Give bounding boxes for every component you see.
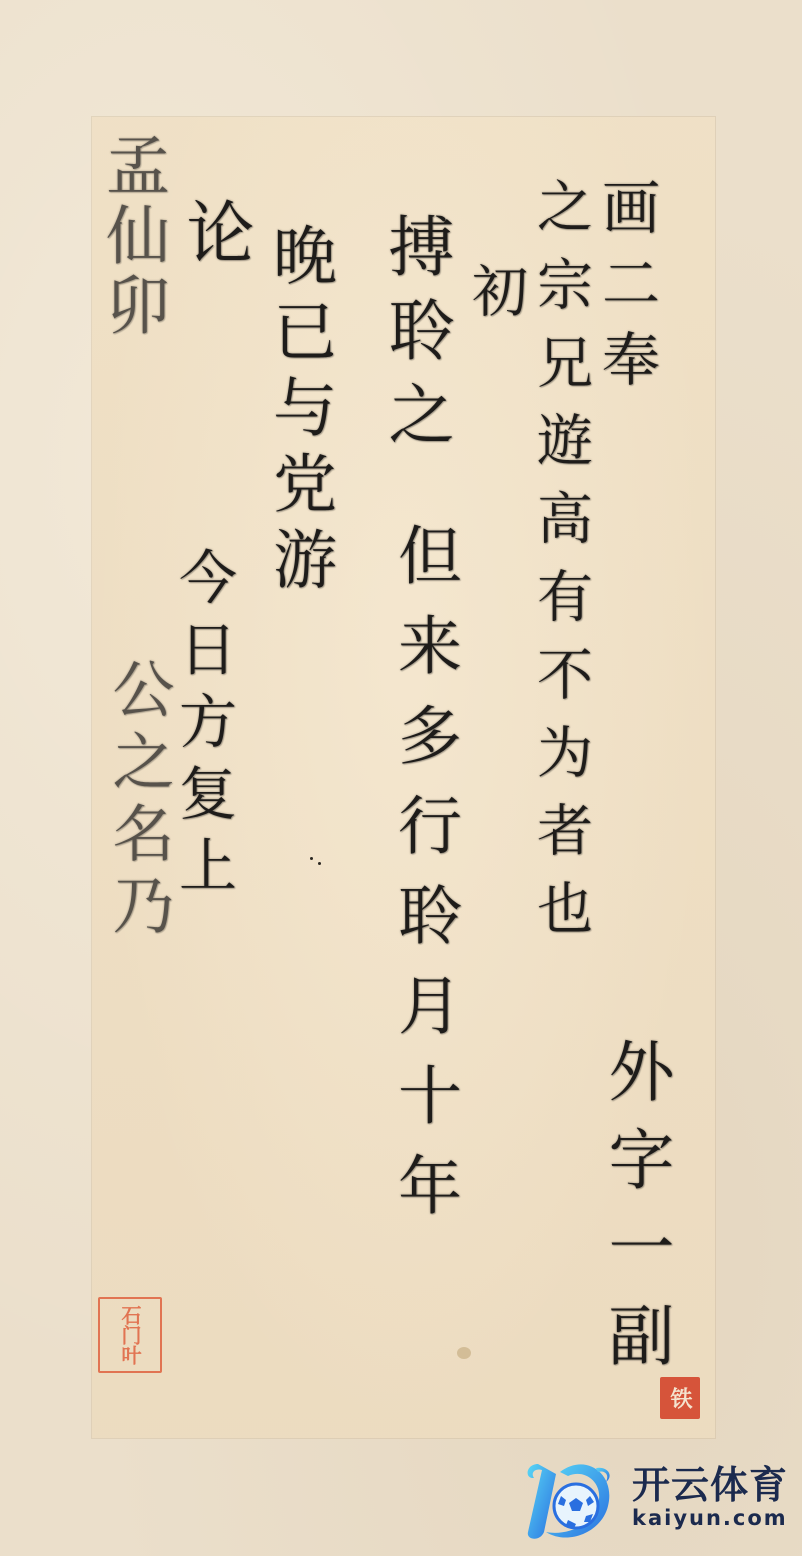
kaiyun-logo-icon <box>516 1454 626 1544</box>
calligraphy-column-7-upper: 孟仙卯 <box>100 132 164 342</box>
calligraphy-column-4-upper: 搏聆之 <box>382 212 448 464</box>
calligraphy-column-3: 初 <box>467 262 523 324</box>
seal-right-text: 铁 <box>669 1387 691 1409</box>
calligraphy-column-6-lower: 今日方复上 <box>174 547 232 907</box>
seal-left-stamp: 石门叶 <box>98 1297 162 1373</box>
calligraphy-column-1: 画二奉 <box>597 177 655 405</box>
kaiyun-watermark: 开云体育 kaiyun.com <box>516 1454 796 1544</box>
calligraphy-column-6-upper: 论 <box>180 197 248 271</box>
mount-background: 画二奉 外字一副 之宗兄遊高有不为者也 初 搏聆之 但来多行聆月十年 晚已与党游… <box>0 0 802 1556</box>
calligraphy-column-5: 晚已与党游 <box>267 222 331 602</box>
brand-name-chinese: 开云体育 <box>632 1466 788 1506</box>
calligraphy-column-1-lower: 外字一副 <box>602 1037 668 1389</box>
ink-speck <box>318 862 321 865</box>
seal-left-text: 石门叶 <box>120 1305 140 1365</box>
paper-stain <box>457 1347 471 1359</box>
seal-right-stamp: 铁 <box>660 1377 700 1419</box>
calligraphy-column-4-lower: 但来多行聆月十年 <box>392 522 456 1242</box>
calligraphy-paper-panel: 画二奉 外字一副 之宗兄遊高有不为者也 初 搏聆之 但来多行聆月十年 晚已与党游… <box>92 117 715 1438</box>
calligraphy-column-2: 之宗兄遊高有不为者也 <box>532 177 588 957</box>
calligraphy-signature: 公之名乃 <box>107 657 169 945</box>
ink-speck <box>310 857 313 860</box>
brand-domain: kaiyun.com <box>632 1506 788 1531</box>
